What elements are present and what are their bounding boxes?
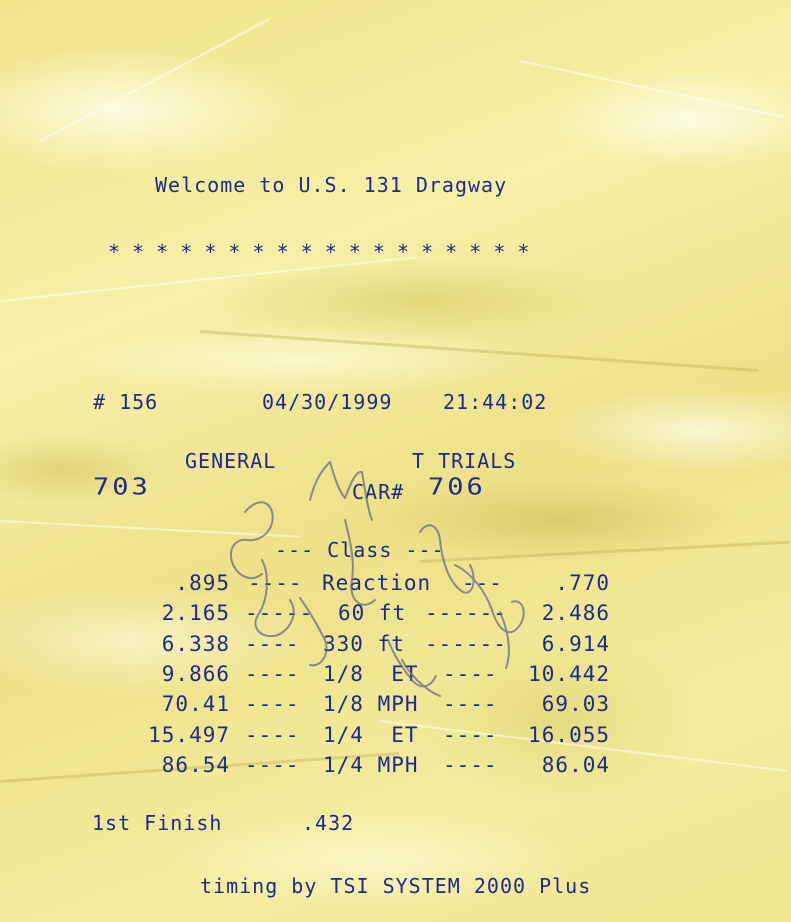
left-lane-value: 6.338 [145,634,230,655]
row-label: 330 ft [323,634,405,655]
right-dash: ---- [443,664,498,685]
finish-label: 1st Finish [92,813,222,833]
left-lane-value: 15.497 [130,725,230,746]
left-lane-value: 86.54 [145,755,230,776]
row-label: 1/4 ET [323,725,419,746]
run-date: 04/30/1999 [262,392,392,412]
right-dash: ---- [443,694,498,715]
run-time: 21:44:02 [443,392,547,412]
row-label: 60 ft [338,603,406,624]
results-section-title: --- Class --- [275,540,445,560]
left-lane-value: 2.165 [145,603,230,624]
row-label: 1/8 ET [323,664,419,685]
right-car-label: CAR# [352,482,404,502]
left-lane-value: 9.866 [145,664,230,685]
timeslip-paper [0,0,791,922]
track-welcome-title: Welcome to U.S. 131 Dragway [155,175,507,195]
right-lane-class: T TRIALS [412,451,516,471]
left-lane-value: .895 [173,573,230,594]
right-dash: ---- [443,755,498,776]
left-lane-class: GENERAL [185,451,276,471]
asterisk-divider: * * * * * * * * * * * * * * * * * * [108,242,529,262]
right-dash: ---- [443,725,498,746]
right-lane-value: 2.486 [520,603,610,624]
right-car-number: 706 [428,476,486,499]
left-dash: ---- [245,755,300,776]
right-dash: ------ [425,603,507,624]
left-dash: ----- [245,603,313,624]
row-label: Reaction [322,573,431,594]
right-dash: --- [462,573,503,594]
run-number: # 156 [93,392,158,412]
left-dash: ---- [245,664,300,685]
right-dash: ------ [425,634,507,655]
right-lane-value: 6.914 [520,634,610,655]
left-dash: ---- [248,573,303,594]
finish-value: .432 [302,813,354,833]
row-label: 1/8 MPH [323,694,419,715]
right-lane-value: 10.442 [505,664,610,685]
right-lane-value: 86.04 [520,755,610,776]
right-lane-value: 16.055 [505,725,610,746]
right-lane-value: .770 [530,573,610,594]
left-car-number: 703 [93,476,151,499]
right-lane-value: 69.03 [520,694,610,715]
left-dash: ---- [245,725,300,746]
left-dash: ---- [245,694,300,715]
left-lane-value: 70.41 [145,694,230,715]
left-dash: ---- [245,634,300,655]
row-label: 1/4 MPH [323,755,419,776]
timing-system-credit: timing by TSI SYSTEM 2000 Plus [200,876,591,896]
